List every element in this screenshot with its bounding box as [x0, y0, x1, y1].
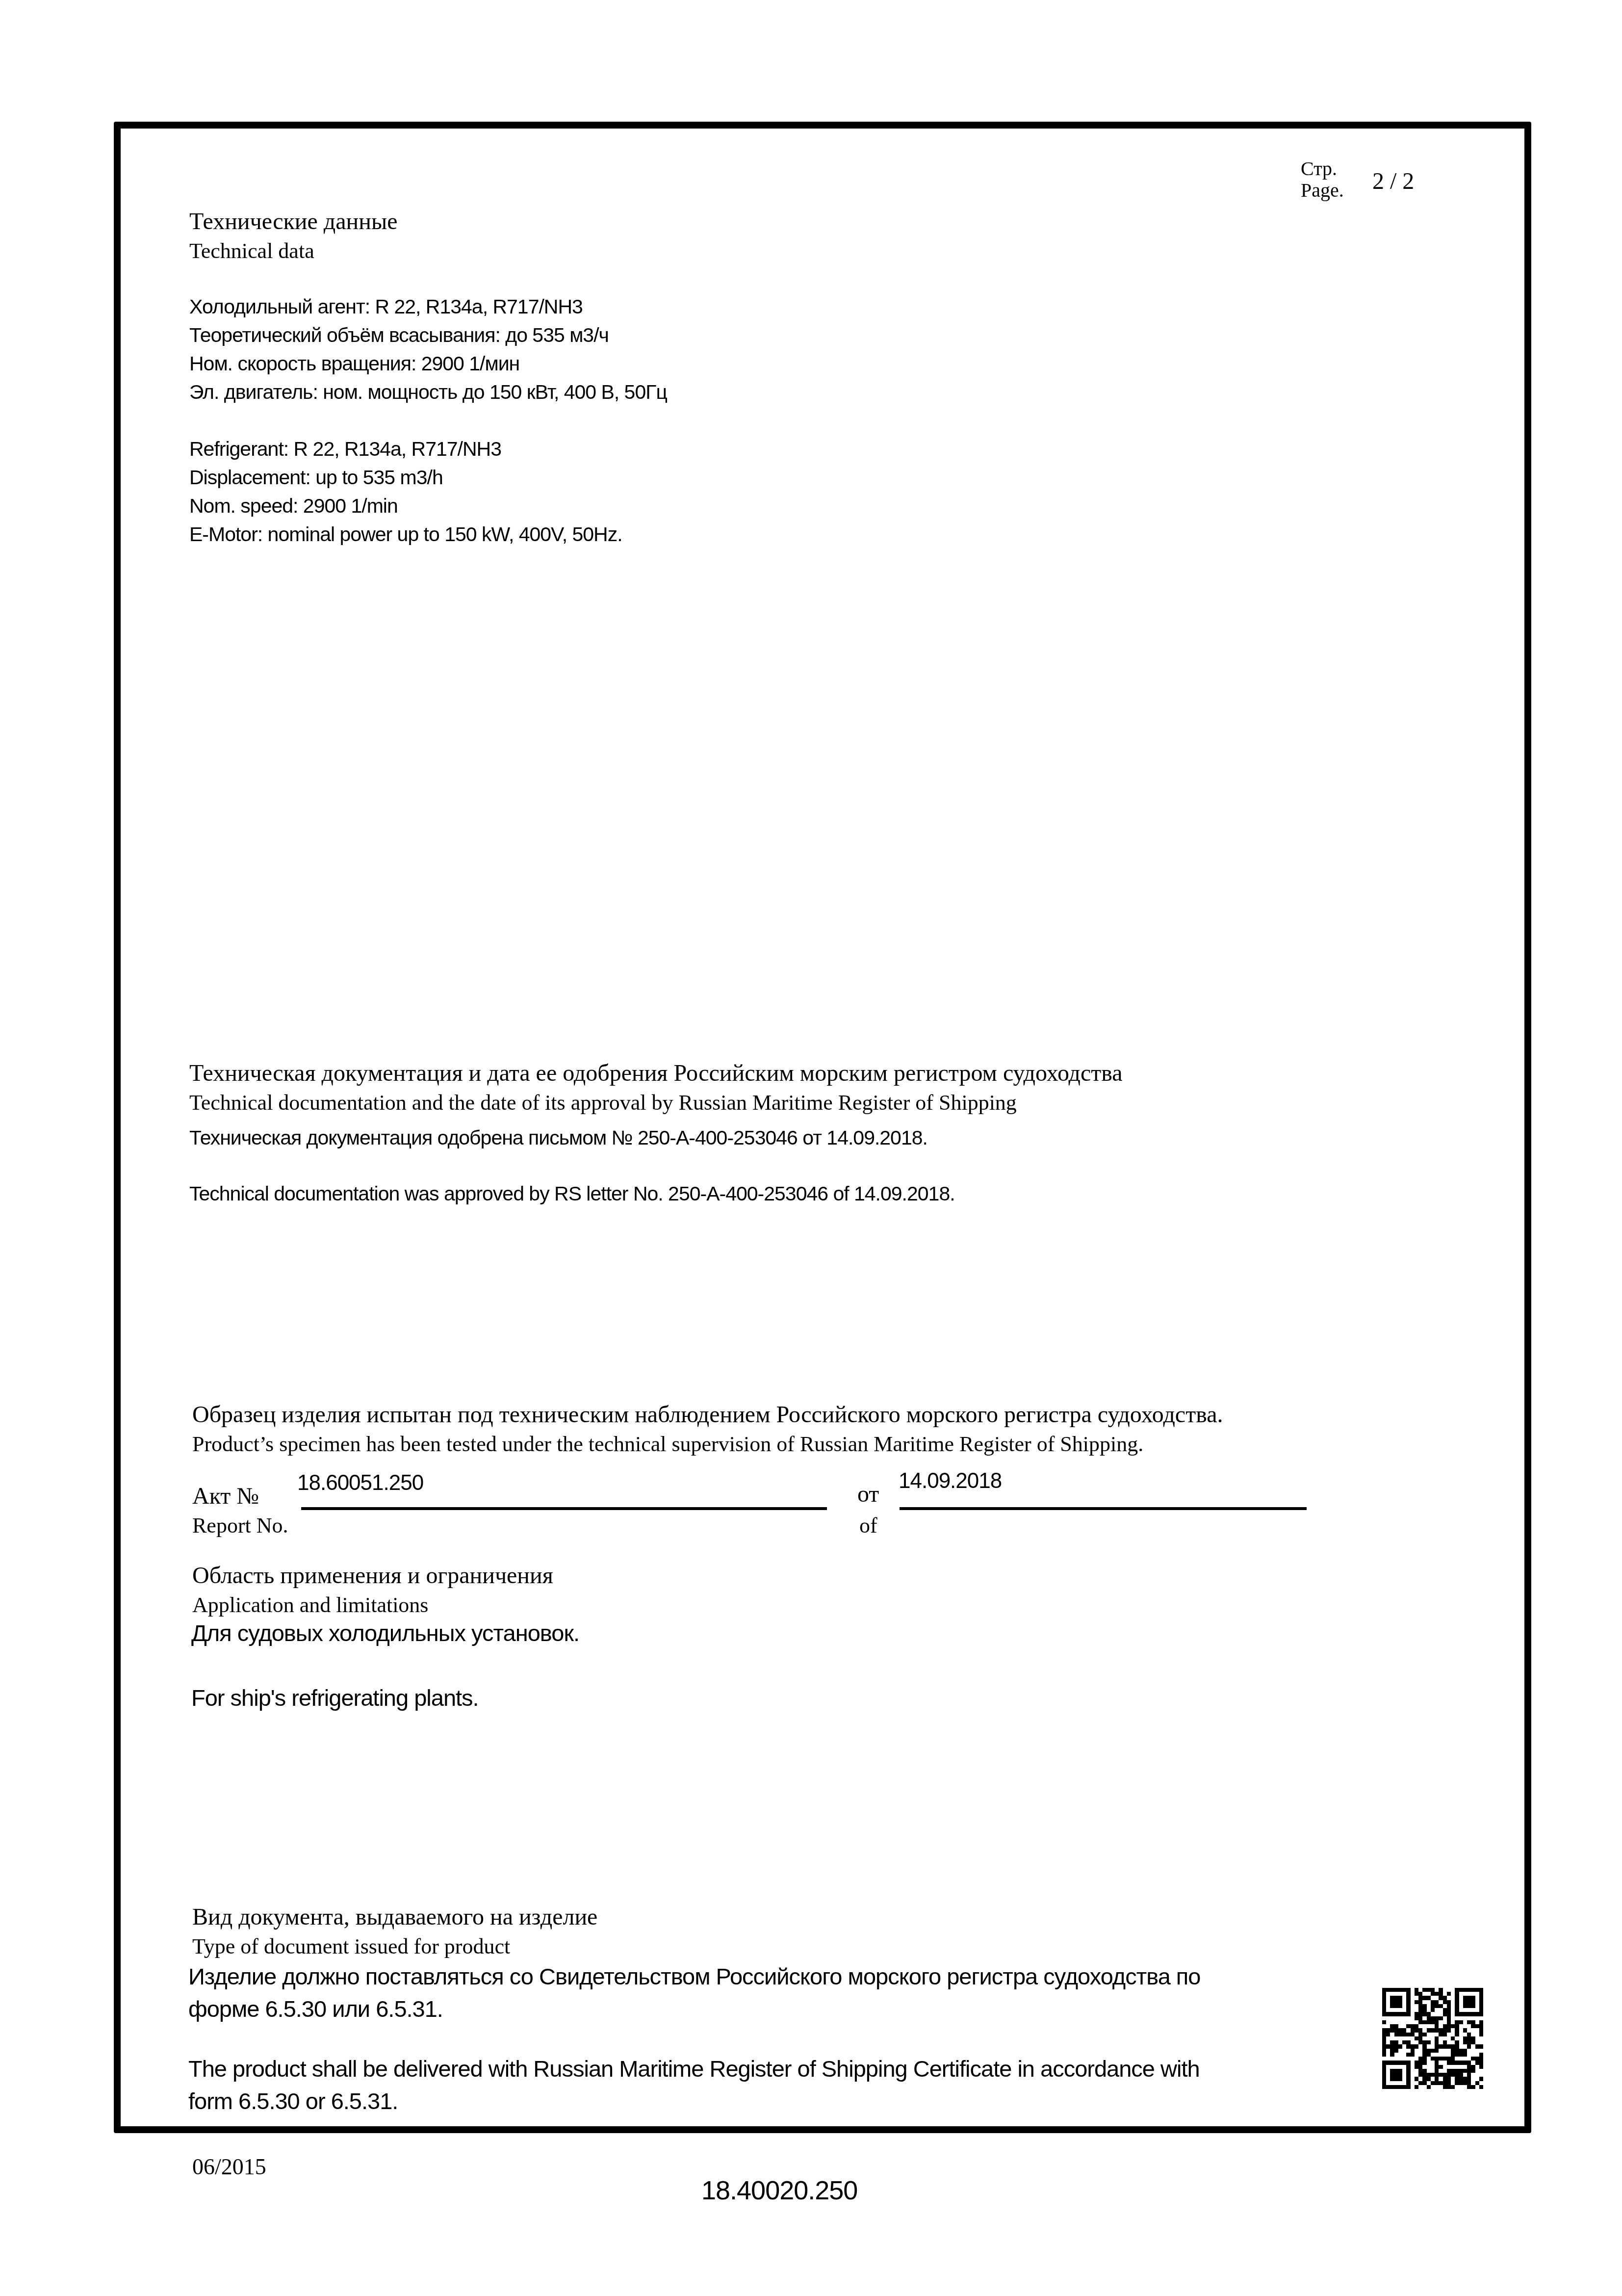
technical-data-title-en: Technical data	[189, 238, 314, 263]
document-type-title-en: Type of document issued for product	[192, 1934, 510, 1959]
spec-line: Эл. двигатель: ном. мощность до 150 кВт,…	[189, 378, 667, 406]
document-type-en-line: The product shall be delivered with Russ…	[188, 2053, 1200, 2085]
document-type-ru-line: Изделие должно поставляться со Свидетель…	[188, 1960, 1200, 1993]
documentation-text-en: Technical documentation was approved by …	[189, 1179, 955, 1208]
spec-line: Ном. скорость вращения: 2900 1/мин	[189, 349, 667, 378]
report-label-ru: Акт №	[192, 1483, 259, 1510]
report-date-line	[900, 1507, 1307, 1510]
application-title-ru: Область применения и ограничения	[192, 1562, 553, 1589]
document-type-ru-line: форме 6.5.30 или 6.5.31.	[188, 1993, 1200, 2025]
report-number: 18.60051.250	[297, 1471, 423, 1495]
page-label-en: Page.	[1301, 180, 1344, 201]
documentation-text-ru: Техническая документация одобрена письмо…	[189, 1123, 927, 1152]
spec-line: Refrigerant: R 22, R134a, R717/NH3	[189, 435, 622, 463]
documentation-title-ru: Техническая документация и дата ее одобр…	[189, 1060, 1123, 1087]
page-label-ru: Стр.	[1301, 158, 1344, 180]
technical-data-ru: Холодильный агент: R 22, R134a, R717/NH3…	[189, 292, 667, 406]
report-number-line	[301, 1507, 827, 1510]
document-number: 18.40020.250	[701, 2175, 857, 2206]
form-date: 06/2015	[192, 2154, 266, 2180]
spec-line: E-Motor: nominal power up to 150 kW, 400…	[189, 520, 622, 548]
report-label-en: Report No.	[192, 1513, 288, 1538]
document-type-title-ru: Вид документа, выдаваемого на изделие	[192, 1904, 597, 1931]
technical-data-en: Refrigerant: R 22, R134a, R717/NH3 Displ…	[189, 435, 622, 548]
application-text-ru: Для судовых холодильных установок.	[191, 1617, 579, 1649]
qr-code-icon	[1382, 1988, 1483, 2089]
technical-data-title-ru: Технические данные	[189, 208, 397, 235]
spec-line: Displacement: up to 535 m3/h	[189, 463, 622, 492]
document-type-text-ru: Изделие должно поставляться со Свидетель…	[188, 1960, 1200, 2025]
application-title-en: Application and limitations	[192, 1592, 429, 1618]
application-text-en: For ship's refrigerating plants.	[191, 1682, 479, 1714]
specimen-title-en: Product’s specimen has been tested under…	[192, 1432, 1143, 1457]
documentation-title-en: Technical documentation and the date of …	[189, 1090, 1017, 1115]
date-label-en: of	[859, 1513, 877, 1538]
document-type-en-line: form 6.5.30 or 6.5.31.	[188, 2085, 1200, 2117]
page-number: 2 / 2	[1372, 168, 1414, 195]
page-label: Стр. Page.	[1301, 158, 1344, 201]
report-date: 14.09.2018	[899, 1469, 1002, 1493]
spec-line: Холодильный агент: R 22, R134a, R717/NH3	[189, 292, 667, 321]
spec-line: Nom. speed: 2900 1/min	[189, 492, 622, 520]
specimen-title-ru: Образец изделия испытан под техническим …	[192, 1401, 1223, 1428]
date-label-ru: от	[857, 1481, 879, 1508]
spec-line: Теоретический объём всасывания: до 535 м…	[189, 321, 667, 349]
document-type-text-en: The product shall be delivered with Russ…	[188, 2053, 1200, 2117]
